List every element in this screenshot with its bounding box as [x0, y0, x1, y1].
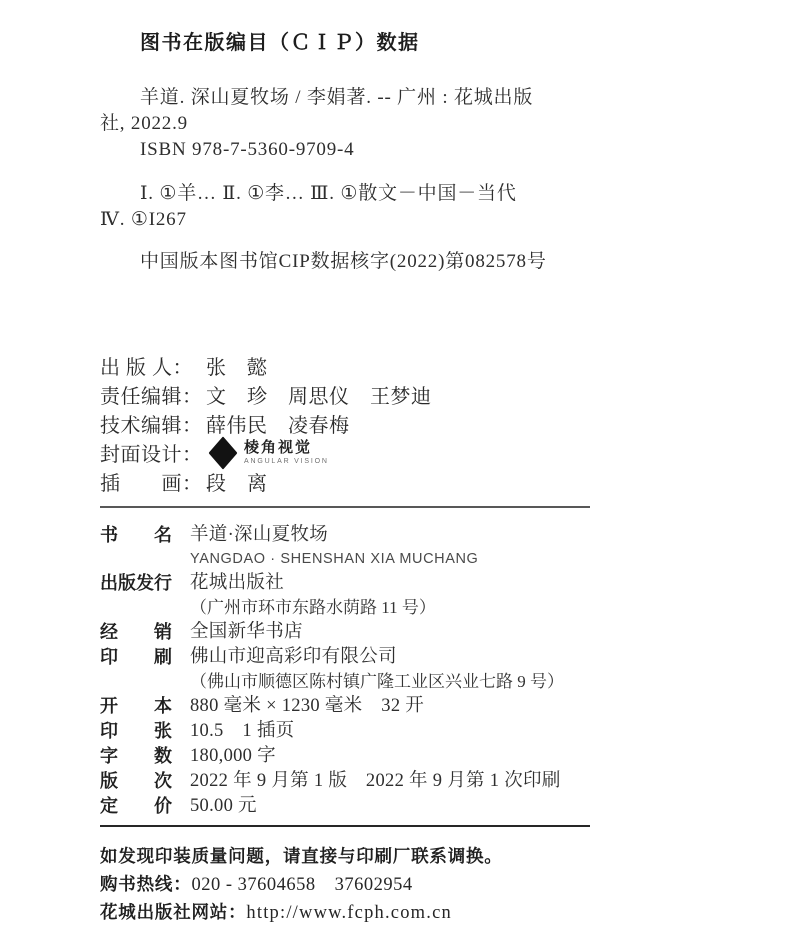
colophon-label: 经 销 — [100, 620, 190, 645]
credit-value: 薛伟民 凌春梅 — [206, 409, 350, 438]
credit-value: 张 懿 — [206, 351, 268, 380]
credit-label: 技术编辑： — [100, 409, 206, 438]
logo-text: 棱角视觉 ANGULAR VISION — [244, 440, 329, 465]
divider-top — [100, 506, 590, 508]
logo-subtitle: ANGULAR VISION — [244, 458, 329, 465]
cip-class-line2: Ⅳ. ①I267 — [100, 207, 740, 233]
website-line: 花城出版社网站：http://www.fcph.com.cn — [100, 899, 740, 928]
colophon-value: 佛山市迎高彩印有限公司 — [190, 645, 397, 670]
angular-vision-logo: 棱角视觉 ANGULAR VISION — [206, 440, 329, 466]
diamond-icon — [209, 436, 238, 469]
credit-value: 文 珍 周思仪 王梦迪 — [206, 380, 432, 409]
credit-row-cover-design: 封面设计： 棱角视觉 ANGULAR VISION — [100, 438, 740, 467]
cip-registry: 中国版本图书馆CIP数据核字(2022)第082578号 — [100, 249, 740, 275]
credit-row-publisher: 出 版 人： 张 懿 — [100, 351, 740, 380]
credit-row-editors: 责任编辑： 文 珍 周思仪 王梦迪 — [100, 380, 740, 409]
colophon-value: 50.00 元 — [190, 794, 257, 819]
footer-section: 如发现印装质量问题，请直接与印刷厂联系调换。 购书热线：020 - 376046… — [100, 843, 740, 928]
cip-heading: 图书在版编目（ＣＩＰ）数据 — [100, 26, 740, 55]
colophon-row-publisher: 出版发行 花城出版社 — [100, 571, 740, 596]
colophon-row-word-count: 字 数 180,000 字 — [100, 744, 740, 769]
colophon-label: 出版发行 — [100, 571, 190, 596]
copyright-page: 图书在版编目（ＣＩＰ）数据 羊道. 深山夏牧场 / 李娟著. -- 广州 : 花… — [0, 0, 800, 951]
colophon-publisher-address: （广州市环市东路水荫路 11 号） — [100, 596, 740, 620]
colophon-row-edition: 版 次 2022 年 9 月第 1 版 2022 年 9 月第 1 次印刷 — [100, 769, 740, 794]
quality-notice: 如发现印装质量问题，请直接与印刷厂联系调换。 — [100, 843, 740, 871]
colophon-section: 书 名 羊道·深山夏牧场 YANGDAO · SHENSHAN XIA MUCH… — [100, 523, 740, 819]
cip-class-line1: Ⅰ. ①羊… Ⅱ. ①李… Ⅲ. ①散文－中国－当代 — [100, 181, 740, 207]
colophon-value: 2022 年 9 月第 1 版 2022 年 9 月第 1 次印刷 — [190, 769, 561, 794]
website-url: http://www.fcph.com.cn — [246, 903, 452, 923]
credit-value: 段 离 — [206, 467, 268, 496]
cip-classification: Ⅰ. ①羊… Ⅱ. ①李… Ⅲ. ①散文－中国－当代 Ⅳ. ①I267 — [100, 181, 740, 233]
cip-section: 图书在版编目（ＣＩＰ）数据 羊道. 深山夏牧场 / 李娟著. -- 广州 : 花… — [100, 26, 740, 275]
credits-section: 出 版 人： 张 懿 责任编辑： 文 珍 周思仪 王梦迪 技术编辑： 薛伟民 凌… — [100, 351, 740, 496]
divider-bottom — [100, 825, 590, 827]
colophon-row-distributor: 经 销 全国新华书店 — [100, 620, 740, 645]
hotline-numbers: 020 - 37604658 37602954 — [192, 875, 413, 895]
colophon-row-sheets: 印 张 10.5 1 插页 — [100, 719, 740, 744]
cip-registry-number: 中国版本图书馆CIP数据核字(2022)第082578号 — [100, 249, 740, 275]
colophon-value: 花城出版社 — [190, 571, 284, 596]
colophon-value: 全国新华书店 — [190, 620, 303, 645]
credit-label: 出 版 人： — [100, 351, 206, 380]
hotline-label: 购书热线： — [100, 874, 192, 894]
colophon-value: 10.5 1 插页 — [190, 719, 294, 744]
colophon-label: 开 本 — [100, 694, 190, 719]
colophon-value: 180,000 字 — [190, 744, 276, 769]
credit-label: 责任编辑： — [100, 380, 206, 409]
colophon-label: 字 数 — [100, 744, 190, 769]
colophon-label: 定 价 — [100, 794, 190, 819]
colophon-row-title: 书 名 羊道·深山夏牧场 — [100, 523, 740, 548]
cip-record-line2: 社, 2022.9 — [100, 111, 740, 137]
colophon-label: 版 次 — [100, 769, 190, 794]
colophon-label: 书 名 — [100, 523, 190, 548]
credit-label: 封面设计： — [100, 438, 206, 467]
colophon-value: 羊道·深山夏牧场 — [190, 523, 328, 548]
cip-record-line1: 羊道. 深山夏牧场 / 李娟著. -- 广州 : 花城出版 — [100, 85, 740, 111]
logo-name: 棱角视觉 — [244, 440, 329, 456]
colophon-printer-address: （佛山市顺德区陈村镇广隆工业区兴业七路 9 号） — [100, 670, 740, 694]
colophon-title-pinyin: YANGDAO · SHENSHAN XIA MUCHANG — [100, 548, 740, 571]
colophon-label: 印 刷 — [100, 645, 190, 670]
website-label: 花城出版社网站： — [100, 902, 246, 922]
hotline-line: 购书热线：020 - 37604658 37602954 — [100, 871, 740, 900]
credit-row-illustration: 插 画： 段 离 — [100, 467, 740, 496]
cip-isbn: ISBN 978-7-5360-9709-4 — [100, 137, 740, 163]
credit-label: 插 画： — [100, 467, 206, 496]
colophon-row-price: 定 价 50.00 元 — [100, 794, 740, 819]
colophon-value: 880 毫米 × 1230 毫米 32 开 — [190, 694, 424, 719]
credit-row-technical-editors: 技术编辑： 薛伟民 凌春梅 — [100, 409, 740, 438]
colophon-row-printer: 印 刷 佛山市迎高彩印有限公司 — [100, 645, 740, 670]
cip-record: 羊道. 深山夏牧场 / 李娟著. -- 广州 : 花城出版 社, 2022.9 … — [100, 85, 740, 163]
colophon-label: 印 张 — [100, 719, 190, 744]
colophon-row-format: 开 本 880 毫米 × 1230 毫米 32 开 — [100, 694, 740, 719]
